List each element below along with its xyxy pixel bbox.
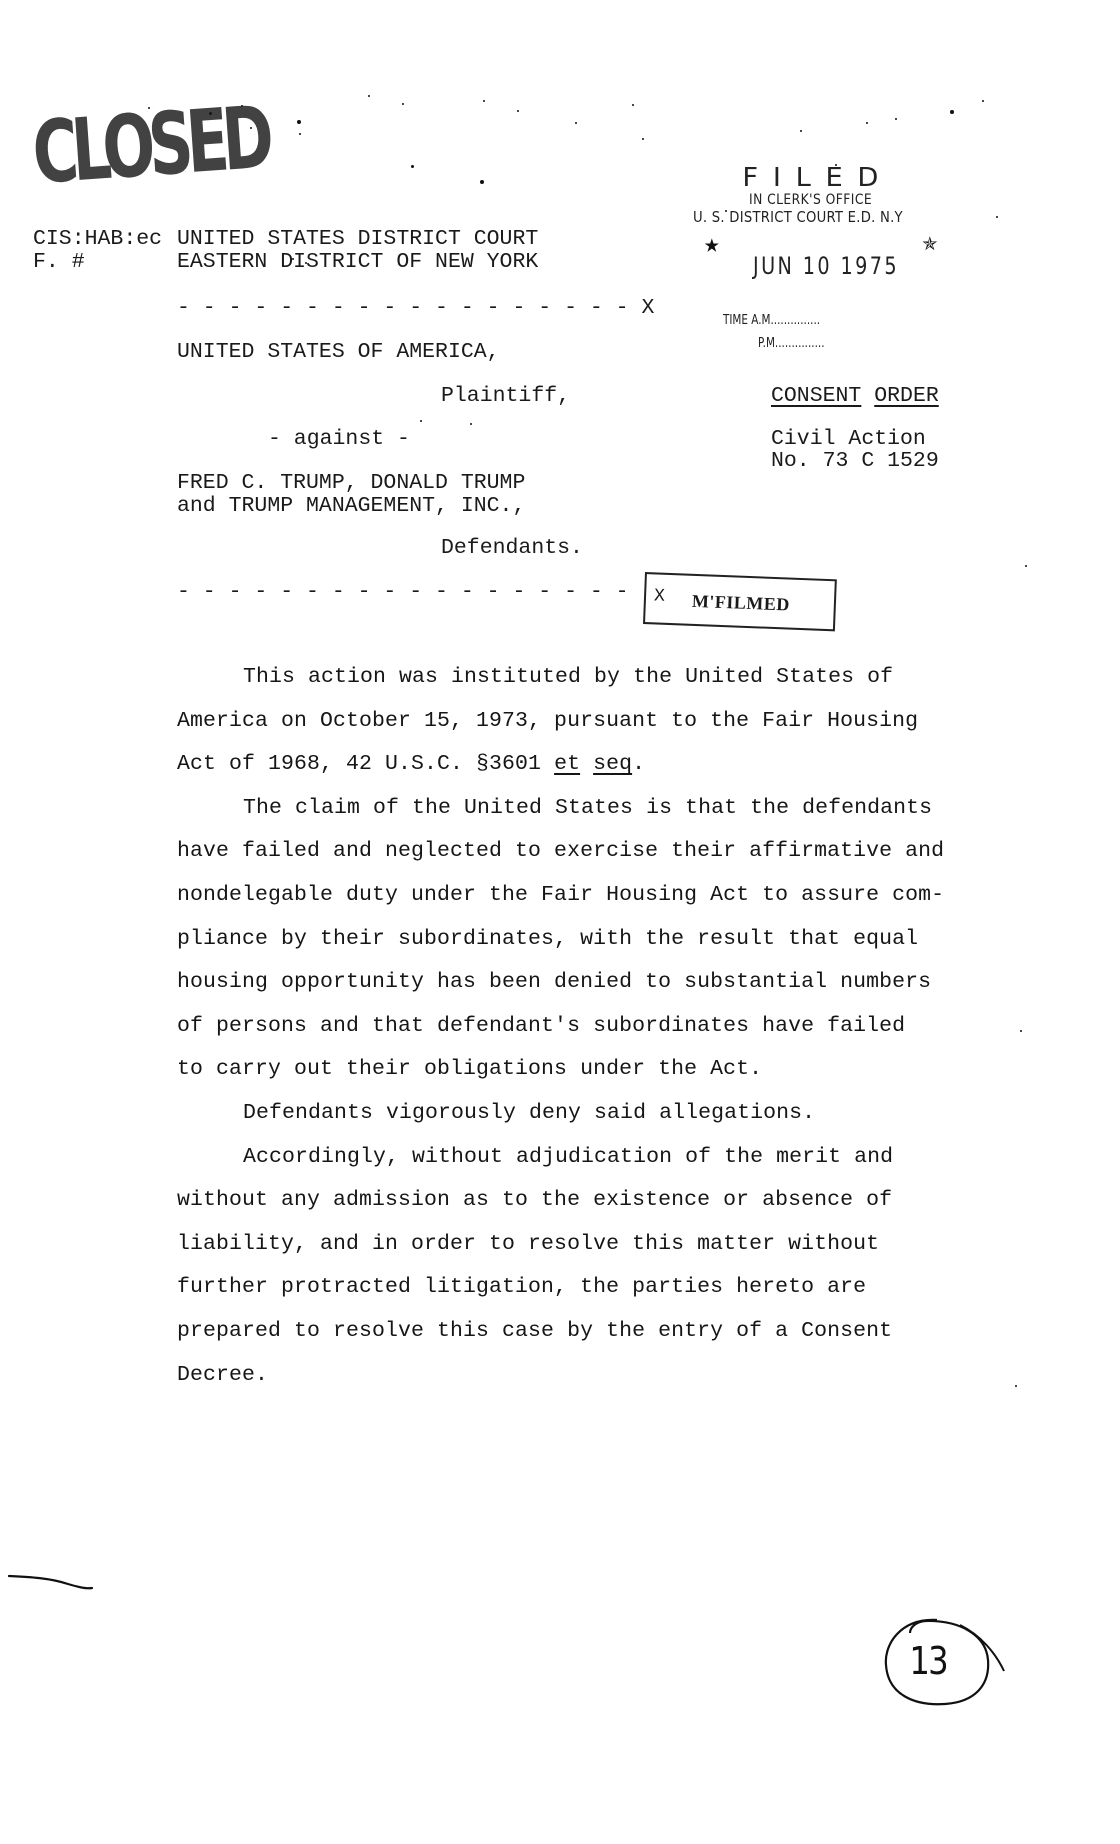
body-line-text: nondelegable duty under the Fair Housing… [177,883,944,907]
defendant-label: Defendants. [441,537,583,559]
plaintiff-label: Plaintiff, [441,385,570,407]
court-district: EASTERN DISTRICT OF NEW YORK [177,251,538,273]
scan-speck [866,122,868,124]
star-icon-right: ✯ [922,230,938,256]
filed-title: FILED [742,164,893,192]
body-line: The claim of the United States is that t… [243,796,932,820]
body-line: have failed and neglected to exercise th… [177,839,944,863]
body-line: Accordingly, without adjudication of the… [243,1145,893,1169]
circle-tail [960,1625,1004,1671]
scan-speck [1015,1385,1017,1387]
body-line: America on October 15, 1973, pursuant to… [177,709,918,733]
body-line: Act of 1968, 42 U.S.C. §3601 et seq. [177,752,645,776]
body-line-text: Decree. [177,1363,268,1387]
body-line-text: further protracted litigation, the parti… [177,1275,866,1299]
citation-latin-term: et [554,752,580,776]
scan-speck [411,165,414,168]
page-number: 13 [909,1639,947,1683]
body-line-text: pliance by their subordinates, with the … [177,927,918,951]
closed-stamp: CLOSED [30,101,165,198]
pen-stroke [9,1576,92,1588]
body-line-text: America on October 15, 1973, pursuant to… [177,709,918,733]
scan-speck [895,118,897,120]
body-line: liability, and in order to resolve this … [177,1232,879,1256]
body-line: housing opportunity has been denied to s… [177,970,931,994]
body-line-text: This action was instituted by the United… [243,665,893,689]
plaintiff-name: UNITED STATES OF AMERICA, [177,341,500,363]
title-word-consent: CONSENT [771,384,861,408]
body-line-text: Act of 1968, 42 U.S.C. §3601 [177,752,554,776]
defendant-name-2: and TRUMP MANAGEMENT, INC., [177,495,525,517]
body-line: without any admission as to the existenc… [177,1188,892,1212]
body-line: prepared to resolve this case by the ent… [177,1319,892,1343]
scan-speck [950,110,954,114]
file-ref-1: CIS:HAB:ec [33,228,162,250]
against-label: - against - [268,428,410,450]
scan-speck [800,130,802,132]
scan-speck [297,120,301,124]
filed-time-am: TIME A.M............... [723,313,820,328]
body-line: nondelegable duty under the Fair Housing… [177,883,944,907]
scan-speck [299,133,301,135]
body-line: to carry out their obligations under the… [177,1057,762,1081]
body-line-text: to carry out their obligations under the… [177,1057,762,1081]
body-line-text: Defendants vigorously deny said allegati… [243,1101,815,1125]
body-line: This action was instituted by the United… [243,665,893,689]
body-line-text: liability, and in order to resolve this … [177,1232,879,1256]
body-line: of persons and that defendant's subordin… [177,1014,905,1038]
filed-date: JUN 10 1975 [753,252,899,280]
scan-speck [402,103,404,105]
scan-speck [420,420,422,422]
scan-speck [996,216,998,218]
scan-speck [1025,565,1027,567]
filed-office: IN CLERK'S OFFICE [749,192,872,208]
body-line-text: The claim of the United States is that t… [243,796,932,820]
case-number: No. 73 C 1529 [771,450,939,472]
microfilmed-stamp: X M'FILMED [643,572,837,631]
civil-action-label: Civil Action [771,428,926,450]
scan-speck [1020,1030,1022,1032]
scan-speck [470,423,472,425]
scan-speck [575,122,577,124]
scan-speck [642,138,644,140]
body-line: further protracted litigation, the parti… [177,1275,866,1299]
document-title: CONSENT ORDER [771,385,939,407]
body-line-text: of persons and that defendant's subordin… [177,1014,905,1038]
microfilmed-mark: X [654,586,666,606]
body-line-text: prepared to resolve this case by the ent… [177,1319,892,1343]
scan-speck [632,104,634,106]
scan-speck [368,95,370,97]
scan-speck [480,180,484,184]
citation-latin-term: seq [593,752,632,776]
caption-bottom-rule: - - - - - - - - - - - - - - - - - - [177,581,629,603]
handwritten-marks [0,0,1120,1844]
caption-top-rule: - - - - - - - - - - - - - - - - - - X [177,297,654,319]
microfilmed-label: M'FILMED [692,591,791,616]
title-word-order: ORDER [874,384,939,408]
scan-speck [483,100,485,102]
defendant-name-1: FRED C. TRUMP, DONALD TRUMP [177,472,525,494]
star-icon-left: ★ [704,232,720,258]
body-line-text: housing opportunity has been denied to s… [177,970,931,994]
scan-speck [982,100,984,102]
body-line-text: Accordingly, without adjudication of the… [243,1145,893,1169]
body-line: Decree. [177,1363,268,1387]
body-line: Defendants vigorously deny said allegati… [243,1101,815,1125]
body-line-text: have failed and neglected to exercise th… [177,839,944,863]
scan-speck [517,110,519,112]
body-line-text: without any admission as to the existenc… [177,1188,892,1212]
filed-court: U. S. DISTRICT COURT E.D. N.Y [693,208,903,226]
filed-time-pm: P.M............... [758,336,825,351]
body-line: pliance by their subordinates, with the … [177,927,918,951]
file-ref-2: F. # [33,251,85,273]
court-name: UNITED STATES DISTRICT COURT [177,228,538,250]
